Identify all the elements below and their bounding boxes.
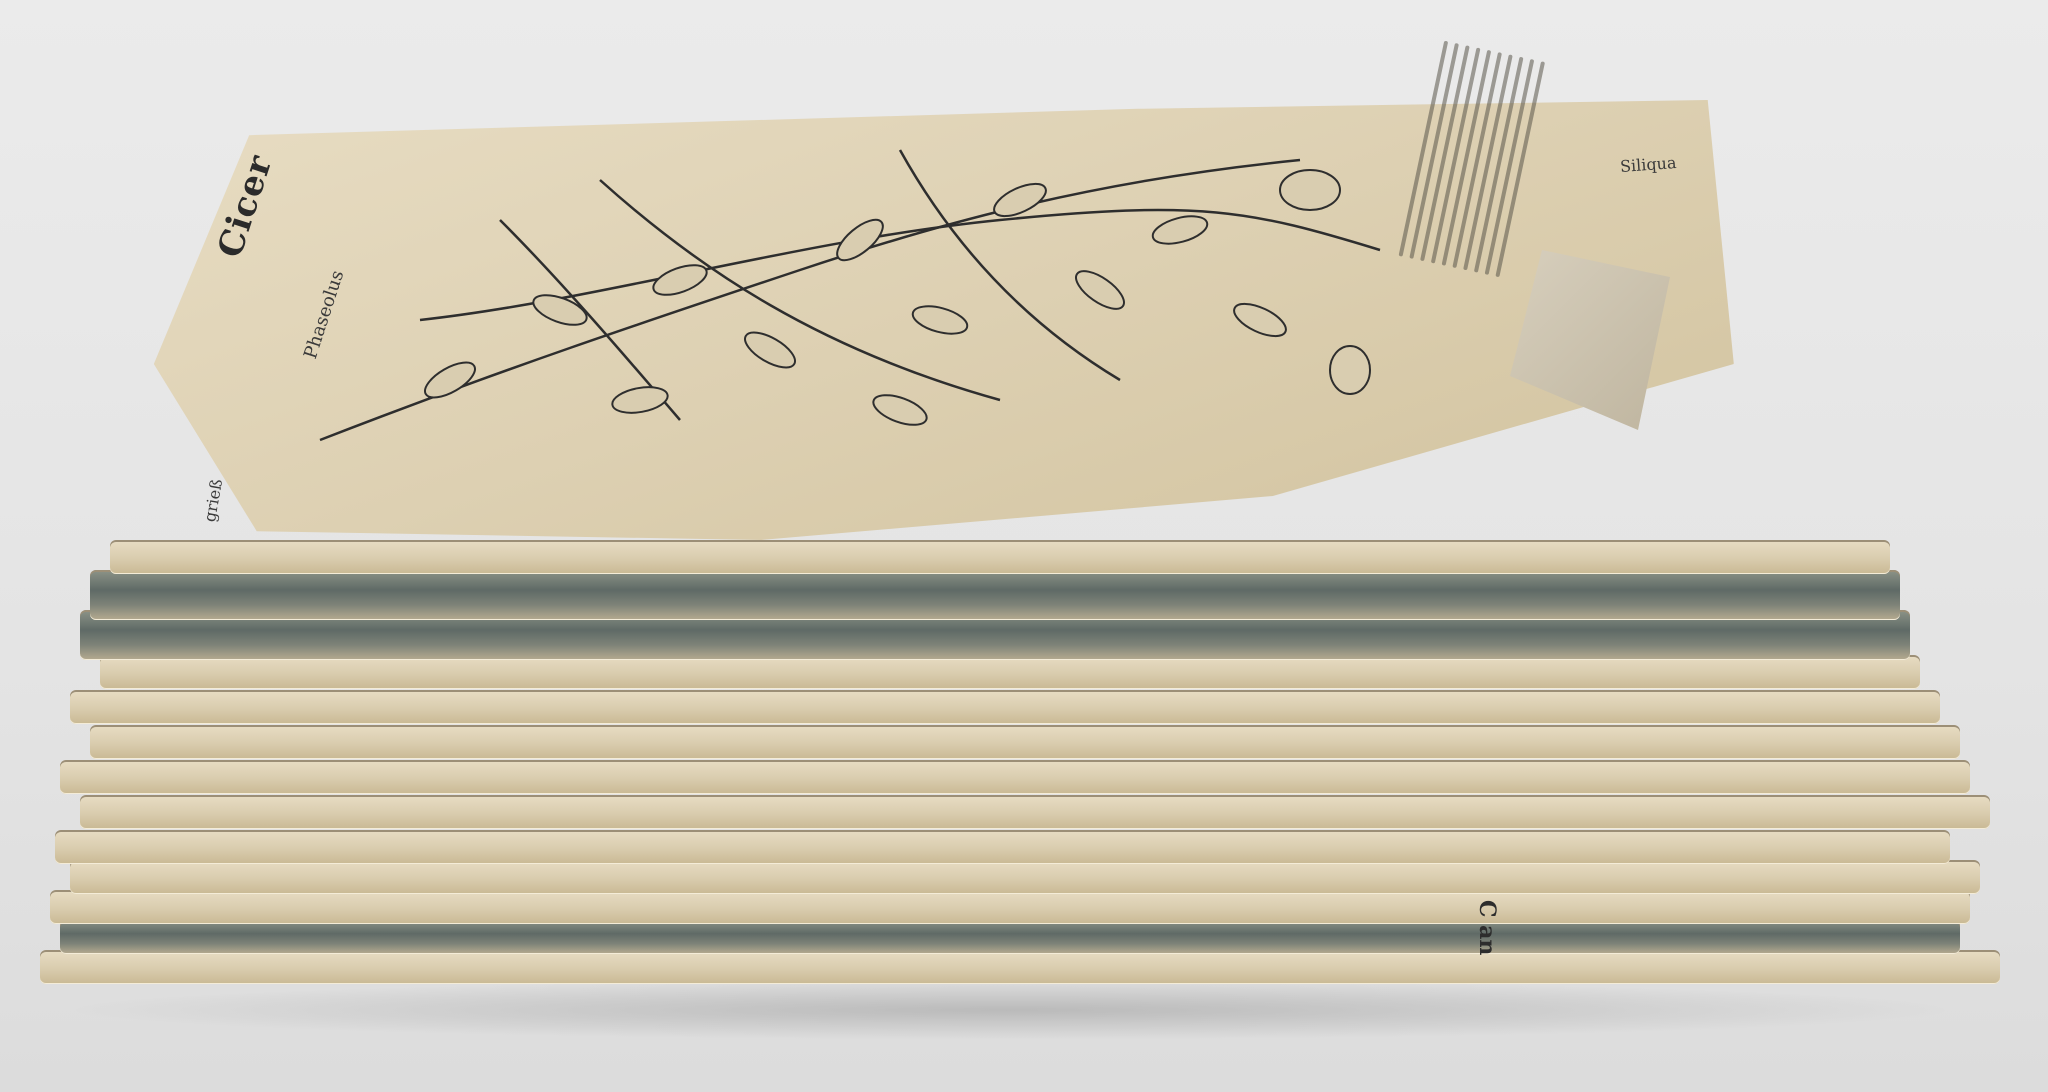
page-layer [80, 795, 1990, 829]
photo-scene: Cicer Phaseolus Siliqua grieß C an [0, 0, 2048, 1092]
page-layer [60, 920, 1960, 954]
page-layer [110, 540, 1890, 574]
legume-plant-drawing [300, 120, 1420, 480]
page-layer [40, 950, 2000, 984]
page-layer [70, 860, 1980, 894]
page-layer [50, 890, 1970, 924]
page-stack [40, 470, 2000, 1010]
page-layer [55, 830, 1950, 864]
page-layer [90, 570, 1900, 620]
page-layer [70, 690, 1940, 724]
woodcut-illustration [300, 120, 1420, 480]
page-layer [100, 655, 1920, 689]
page-layer [90, 725, 1960, 759]
page-layer [60, 760, 1970, 794]
torn-fragment-label: C an [1474, 900, 1500, 955]
